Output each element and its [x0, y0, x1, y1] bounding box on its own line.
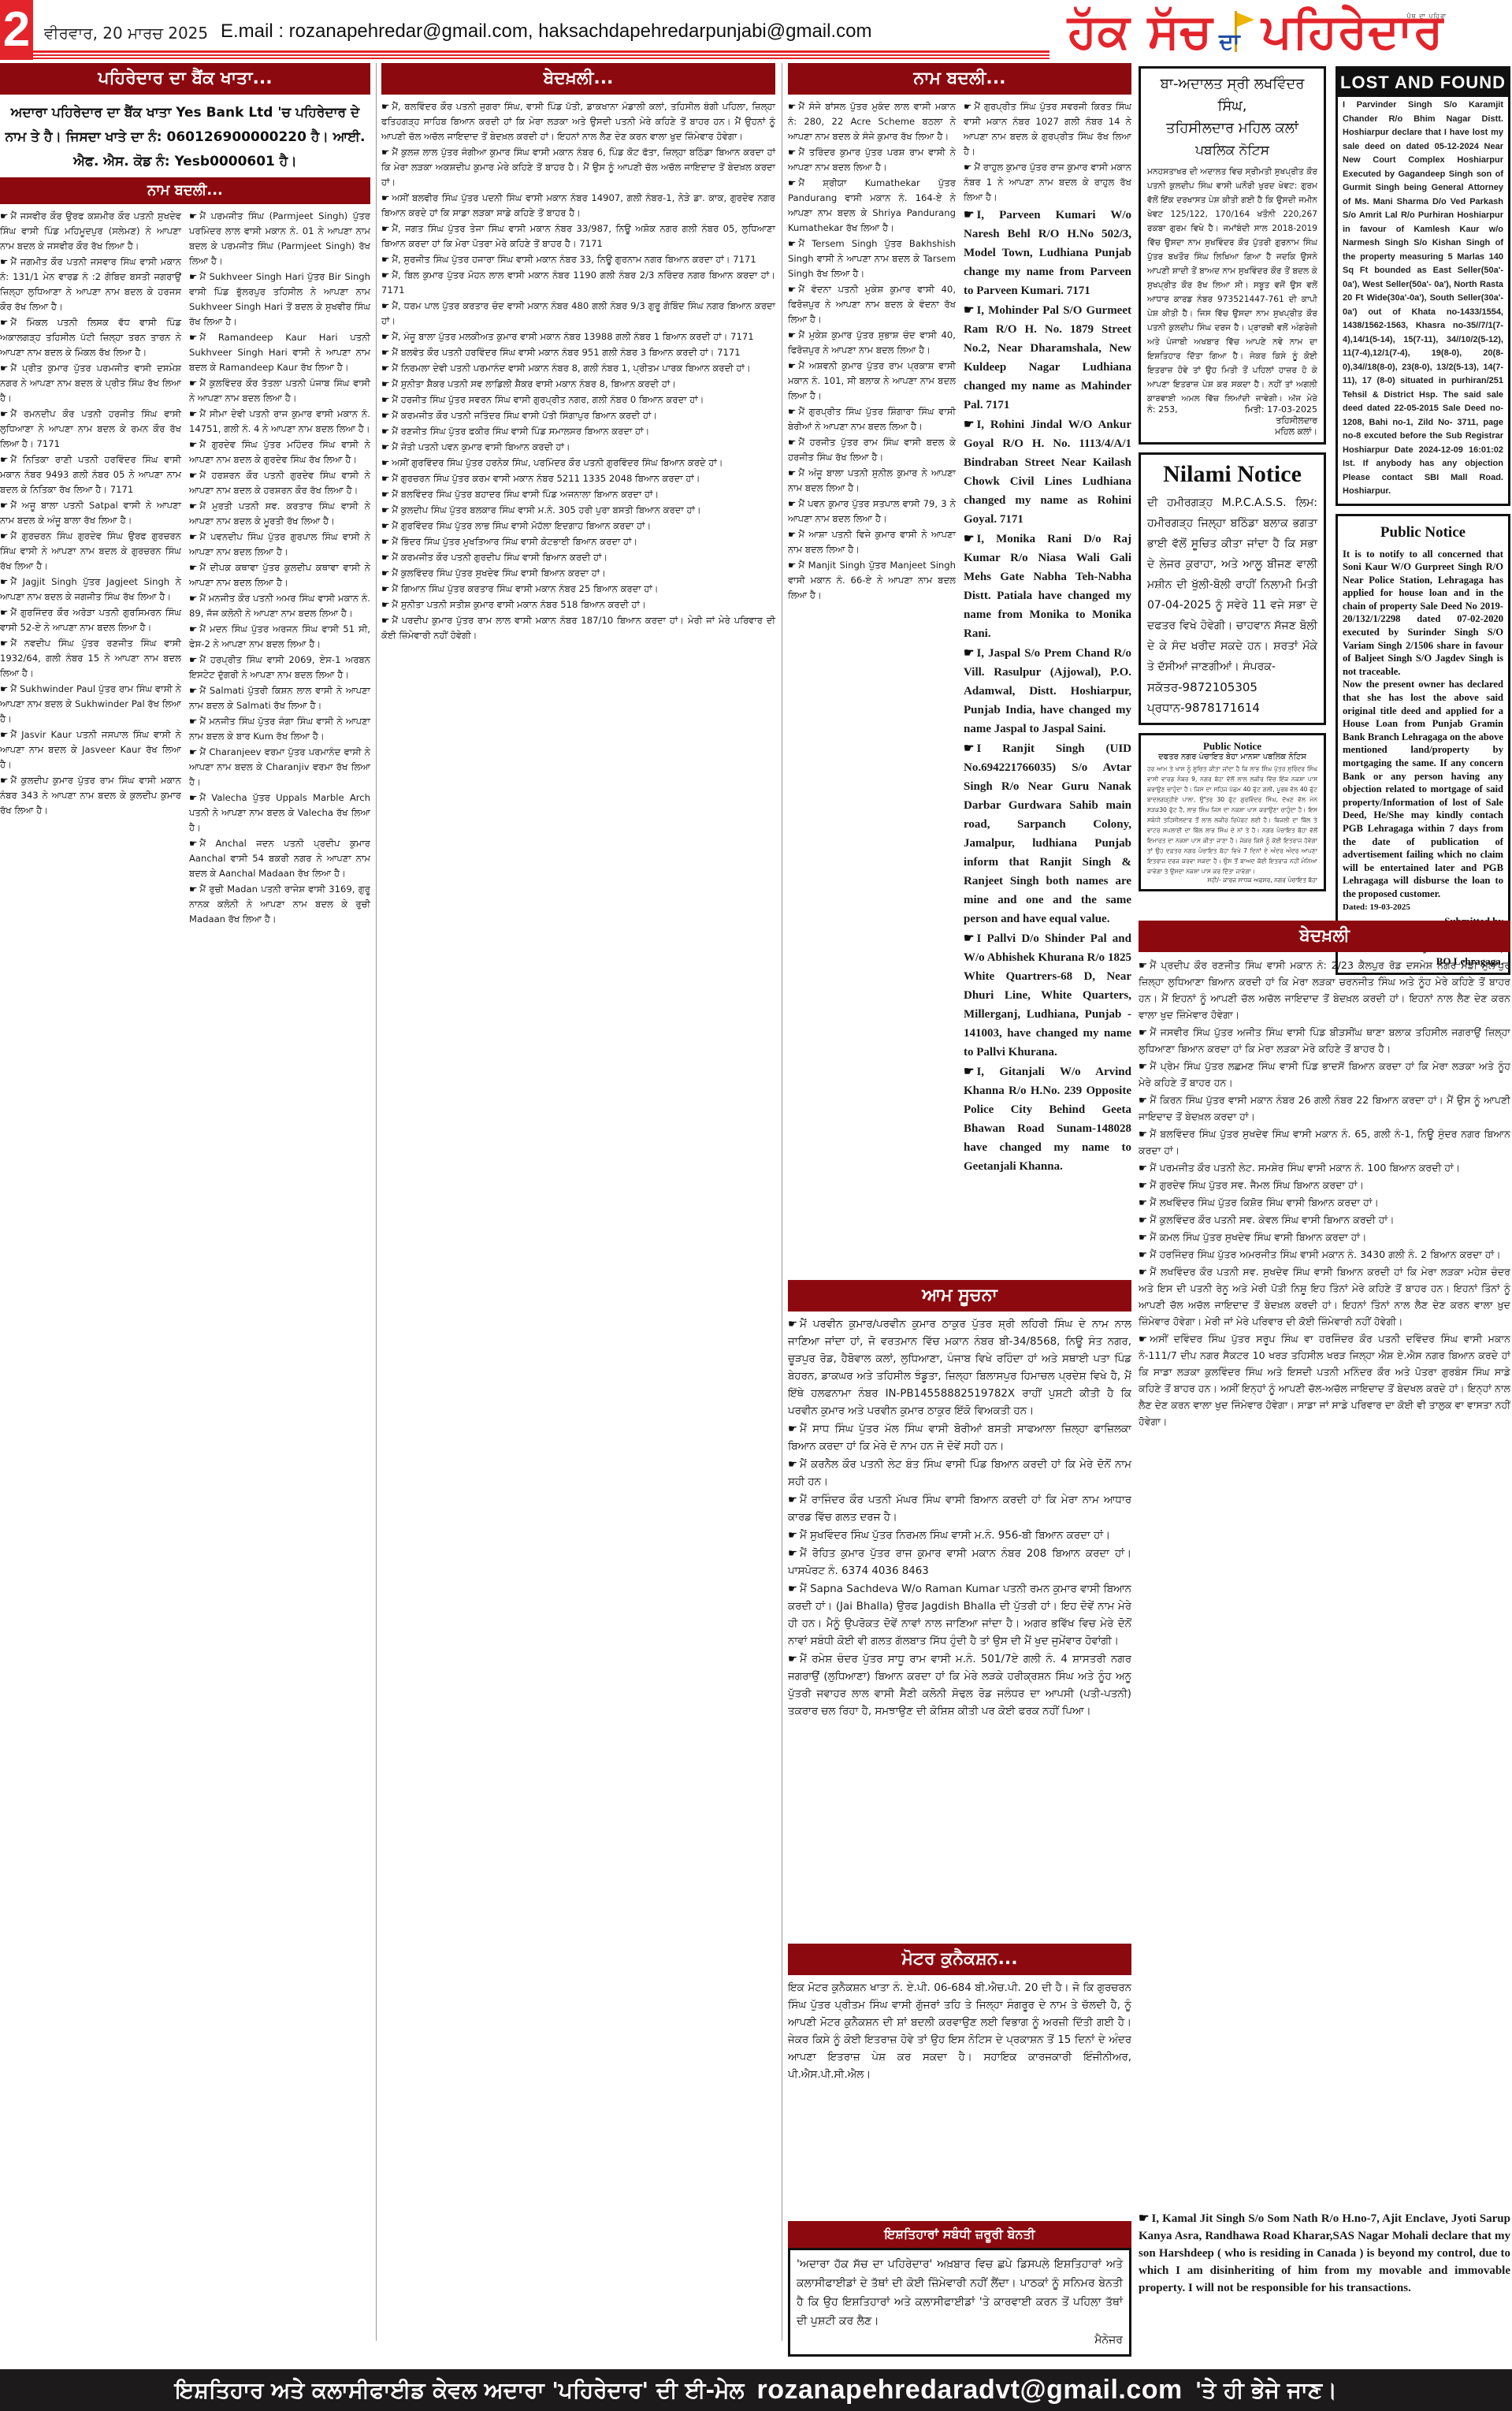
- name-change-list-a: ☛ਮੈਂ ਜਸਵੀਰ ਕੌਰ ਉਰਫ ਕਸ਼ਮੀਰ ਕੌਰ ਪਤਨੀ ਸੁਖਦੇ…: [0, 209, 181, 928]
- pointing-hand-icon: ☛: [381, 300, 389, 311]
- name-change-mid-list-a: ☛ਮੈਂ ਸੰਜੇ ਬਾਂਸਲ ਪੁੱਤਰ ਮੁਕੰਦ ਲਾਲ ਵਾਸੀ ਮਕਾ…: [788, 99, 956, 1274]
- pointing-hand-icon: ☛: [381, 441, 389, 452]
- pointing-hand-icon: ☛: [189, 685, 197, 696]
- pointing-hand-icon: ☛: [788, 1530, 797, 1542]
- list-item: ☛ਮੈਂ ਰਾਹੁਲ ਕੁਮਾਰ ਪੁੱਤਰ ਰਾਜ ਕੁਮਾਰ ਵਾਸੀ ਮਕ…: [964, 160, 1131, 205]
- list-item: ☛ਮੈਂ ਲਖਵਿੰਦਰ ਕੌਰ ਪਤਨੀ ਸਵ. ਸੁਖਦੇਵ ਸਿੰਘ ਵਾ…: [1139, 1263, 1510, 1330]
- pointing-hand-icon: ☛: [381, 394, 389, 405]
- disclaimer-signature: ਮੈਨੇਜਰ: [797, 2331, 1123, 2350]
- pointing-hand-icon: ☛: [964, 533, 974, 545]
- pointing-hand-icon: ☛: [381, 378, 389, 389]
- list-item: ☛ਮੈਂ ਗੁਰਪ੍ਰੀਤ ਸਿੰਘ ਪੁੱਤਰ ਸਵਰਜੀ ਕਿਰਤ ਸਿੰਘ…: [964, 99, 1131, 159]
- footer-text-after: 'ਤੇ ਹੀ ਭੇਜੇ ਜਾਣ।: [1195, 2377, 1337, 2404]
- list-item: ☛ਮੈਂ ਕੁਲਦੀਪ ਸਿੰਘ ਪੁੱਤਰ ਬਲਕਾਰ ਸਿੰਘ ਵਾਸੀ ਮ…: [381, 503, 775, 518]
- pointing-hand-icon: ☛: [1139, 1128, 1147, 1140]
- court-title-1: ਬਾ-ਅਦਾਲਤ ਸ੍ਰੀ ਲਖਵਿੰਦਰ ਸਿੰਘ,: [1147, 73, 1317, 117]
- nilami-body: ਦੀ ਹਮੀਰਗੜ੍ਹ M.P.C.A.S.S. ਲਿਮ: ਹਮੀਰਗੜ੍ਹ ਜ…: [1147, 493, 1317, 677]
- pointing-hand-icon: ☛: [381, 101, 389, 112]
- pointing-hand-icon: ☛: [788, 1548, 797, 1560]
- pointing-hand-icon: ☛: [189, 271, 197, 282]
- list-item: ☛ਮੈਂ ਪਰਮਜੀਤ ਸਿੰਘ (Parmjeet Singh) ਪੁੱਤਰ …: [189, 209, 370, 269]
- motor-connection-heading: ਮੋਟਰ ਕੁਨੈਕਸ਼ਨ...: [788, 1944, 1131, 1975]
- pointing-hand-icon: ☛: [0, 210, 8, 221]
- pointing-hand-icon: ☛: [381, 536, 389, 547]
- pointing-hand-icon: ☛: [381, 520, 389, 531]
- pointing-hand-icon: ☛: [0, 256, 8, 267]
- list-item: ☛ਮੈਂ ਹਰਜੀਤ ਸਿੰਘ ਪੁੱਤਰ ਸਵਰਨ ਸਿੰਘ ਵਾਸੀ ਗੁਰ…: [381, 393, 775, 407]
- list-item: ☛I, Gitanjali W/o Arvind Khanna R/o H.No…: [964, 1062, 1131, 1176]
- list-item: ☛ਮੈਂ ਗਿਆਨ ਸਿੰਘ ਪੁੱਤਰ ਕਰਤਾਰ ਸਿੰਘ ਵਾਸੀ ਮਕਾ…: [381, 582, 775, 597]
- bank-account-text: ਅਦਾਰਾ ਪਹਿਰੇਦਾਰ ਦਾ ਬੈਂਕ ਖਾਤਾ Yes Bank Ltd…: [0, 99, 370, 177]
- list-item: ☛ਅਸੀਂ ਗੁਰਵਿੰਦਰ ਸਿੰਘ ਪੁੱਤਰ ਹਰਨੇਕ ਸਿੰਘ, ਪਰ…: [381, 456, 775, 471]
- name-change-english-list: ☛I, Parveen Kumari W/o Naresh Behl R/O H…: [964, 206, 1131, 1176]
- pointing-hand-icon: ☛: [788, 406, 796, 417]
- list-item: ☛ਮੈਂ ਗੁਰਚਰਨ ਸਿੰਘ ਪੁੱਤਰ ਕਰਮ ਵਾਸੀ ਮਕਾਨ ਨੰਬ…: [381, 471, 775, 486]
- newspaper-logo: ਹੱਕ ਸੱਚ ਦਾ ਪਹਿਰੇਦਾਰ ਪੰਥ ਦਾ ਪਹਿਰਾ: [1068, 3, 1443, 60]
- public-notice-punjabi-box: Public Notice ਦਫਤਰ ਨਗਰ ਪੰਚਾਇਤ ਬੋਹਾ ਮਾਨਸਾ…: [1139, 733, 1326, 891]
- pointing-hand-icon: ☛: [964, 742, 974, 755]
- general-notice-list: ☛ਮੈਂ ਪਰਵੀਨ ਕੁਮਾਰ/ਪਰਵੀਨ ਕੁਮਾਰ ਠਾਕੁਰ ਪੁੱਤਰ…: [788, 1316, 1131, 1939]
- public-notice-english-title: Public Notice: [1343, 524, 1503, 541]
- list-item: ☛ਮੈਂ, ਧਰਮ ਪਾਲ ਪੁੱਤਰ ਕਰਤਾਰ ਚੰਦ ਵਾਸੀ ਮਕਾਨ …: [381, 299, 775, 329]
- pointing-hand-icon: ☛: [381, 473, 389, 484]
- pointing-hand-icon: ☛: [189, 654, 197, 665]
- pointing-hand-icon: ☛: [0, 408, 8, 419]
- public-notice-punjabi-title: Public Notice: [1147, 740, 1317, 753]
- list-item: ☛ਮੈਂ Salmati ਪੁੱਤਰੀ ਕਿਸ਼ਨ ਲਾਲ ਵਾਸੀ ਨੇ ਆਪ…: [189, 683, 370, 713]
- list-item: ☛ਮੈਂ ਤਰਿੰਦਰ ਕੁਮਾਰ ਪੁੱਤਰ ਪਰਸ਼ ਰਾਮ ਵਾਸੀ ਨੇ…: [788, 145, 956, 175]
- masthead-rule-lines: [33, 50, 1049, 60]
- pointing-hand-icon: ☛: [381, 552, 389, 563]
- pointing-hand-icon: ☛: [189, 210, 197, 221]
- pointing-hand-icon: ☛: [189, 332, 197, 343]
- column-notices: ਬਾ-ਅਦਾਲਤ ਸ੍ਰੀ ਲਖਵਿੰਦਰ ਸਿੰਘ, ਤਹਿਸੀਲਦਾਰ ਮਹ…: [1139, 66, 1326, 891]
- pointing-hand-icon: ☛: [189, 378, 197, 389]
- lost-and-found-box: LOST AND FOUND I Parvinder Singh S/o Kar…: [1336, 66, 1510, 506]
- list-item: ☛ਮੈਂ ਪ੍ਰੀਤ ਕੁਮਾਰ ਪੁੱਤਰ ਪਰਮਜੀਤ ਵਾਸੀ ਦਸਮੇਸ…: [0, 361, 181, 406]
- pointing-hand-icon: ☛: [964, 419, 974, 431]
- pointing-hand-icon: ☛: [0, 775, 8, 786]
- list-item: ☛ਮੈਂ ਪਰਮਜੀਤ ਕੌਰ ਪਤਨੀ ਲੇਟ. ਸਮਸ਼ੇਰ ਸਿੰਘ ਵਾ…: [1139, 1159, 1510, 1176]
- list-item: ☛I, Rohini Jindal W/O Ankur Goyal R/O H.…: [964, 415, 1131, 529]
- list-item: ☛ਮੈਂ ਜਸਵੀਰ ਕੌਰ ਉਰਫ ਕਸ਼ਮੀਰ ਕੌਰ ਪਤਨੀ ਸੁਖਦੇ…: [0, 209, 181, 254]
- list-item: ☛ਮੈਂ ਬਲਵੰਤ ਕੌਰ ਪਤਨੀ ਹਰਵਿੰਦਰ ਸਿੰਘ ਵਾਸੀ ਮਕ…: [381, 345, 775, 360]
- list-item: ☛ਮੈਂ ਗੁਰਵਿੰਦਰ ਸਿੰਘ ਪੁੱਤਰ ਲਾਭ ਸਿੰਘ ਵਾਸੀ ਮ…: [381, 519, 775, 534]
- list-item: ☛ਮੈਂ ਗੁਰਦੇਵ ਸਿੰਘ ਪੁੱਤਰ ਸਵ. ਜੈਮਲ ਸਿੰਘ ਬਿਆ…: [1139, 1177, 1510, 1193]
- list-item: ☛ਮੈਂ ਮੁਰਤੀ ਪਤਨੀ ਸਵ. ਕਰਤਾਰ ਸਿੰਘ ਵਾਸੀ ਨੇ ਆ…: [189, 499, 370, 529]
- list-item: ☛ਮੈਂ ਮਿੰਕਲ ਪਤਨੀ ਲਿਸਕ ਵੱਧ ਵਾਸੀ ਪਿੰਡ ਅਕਾਲਗ…: [0, 315, 181, 360]
- pointing-hand-icon: ☛: [189, 500, 197, 512]
- list-item: ☛ਮੈਂ ਸੰਜੇ ਬਾਂਸਲ ਪੁੱਤਰ ਮੁਕੰਦ ਲਾਲ ਵਾਸੀ ਮਕਾ…: [788, 99, 956, 144]
- pointing-hand-icon: ☛: [1139, 1179, 1147, 1191]
- eviction-right-list: ☛ਮੈਂ ਪ੍ਰਦੀਪ ਕੌਰ ਰਣਜੀਤ ਸਿੰਘ ਵਾਸੀ ਮਕਾਨ ਨੰ:…: [1139, 957, 1510, 2210]
- list-item: ☛ਮੈਂ ਹਰਜੀਤ ਪੁੱਤਰ ਰਾਮ ਸਿੰਘ ਵਾਸੀ ਬਦਲ ਕੇ ਹਰ…: [788, 435, 956, 465]
- list-item: ☛ਮੈਂ ਬਲਵਿੰਦਰ ਸਿੰਘ ਪੁੱਤਰ ਸੁਖਦੇਵ ਸਿੰਘ ਵਾਸੀ…: [1139, 1126, 1510, 1159]
- list-item: ☛ਮੈਂ ਜੋਤੀ ਪਤਨੀ ਪਵਨ ਕੁਮਾਰ ਵਾਸੀ ਬਿਆਨ ਕਰਦੀ …: [381, 440, 775, 455]
- pointing-hand-icon: ☛: [189, 531, 197, 542]
- pointing-hand-icon: ☛: [189, 408, 197, 419]
- list-item: ☛ਮੈਂ ਪ੍ਰੇਮ ਸਿੰਘ ਪੁੱਤਰ ਲਛਮਣ ਸਿੰਘ ਵਾਸੀ ਪਿੰ…: [1139, 1058, 1510, 1091]
- list-item: ☛ਮੈਂ ਦੀਪਕ ਕਥਾਵਾ ਪੁੱਤਰ ਕੁਲਦੀਪ ਕਥਾਵਾ ਵਾਸੀ …: [189, 560, 370, 590]
- pointing-hand-icon: ☛: [189, 746, 197, 757]
- pointing-hand-icon: ☛: [0, 454, 8, 465]
- list-item: ☛ਮੈਂ ਅਸ਼ਵਨੀ ਕੁਮਾਰ ਪੁੱਤਰ ਰਾਮ ਪ੍ਰਕਾਸ਼ ਵਾਸੀ…: [788, 359, 956, 404]
- list-item: ☛ਮੈਂ, ਸੁਰਜੀਤ ਸਿੰਘ ਪੁੱਤਰ ਹਜਾਰਾ ਸਿੰਘ ਵਾਸੀ …: [381, 252, 775, 267]
- pointing-hand-icon: ☛: [189, 593, 197, 604]
- disclaimer-text: 'ਅਦਾਰਾ ਹੱਕ ਸੱਚ ਦਾ ਪਹਿਰੇਦਾਰ' ਅਖ਼ਬਾਰ ਵਿਚ ਛ…: [797, 2255, 1123, 2331]
- pointing-hand-icon: ☛: [788, 560, 796, 571]
- list-item: ☛ਮੈਂ Valecha ਪੁੱਤਰ Uppals Marble Arch ਪਤ…: [189, 791, 370, 835]
- list-item: ☛ਮੈਂ, ਬਲਵਿੰਦਰ ਕੌਰ ਪਤਨੀ ਜੁਗਰਾ ਸਿੰਘ, ਵਾਸੀ …: [381, 99, 775, 144]
- list-item: ☛ਮੈਂ ਰਮੇਸ਼ ਚੰਦਰ ਪੁੱਤਰ ਸਾਧੂ ਰਾਮ ਵਾਸੀ ਮ.ਨੰ…: [788, 1651, 1131, 1721]
- list-item: ☛I, Jaspal S/o Prem Chand R/o Vill. Rasu…: [964, 644, 1131, 739]
- court-date: ਮਿਤੀ: 17-03-2025: [1245, 404, 1317, 415]
- pointing-hand-icon: ☛: [381, 457, 389, 468]
- pointing-hand-icon: ☛: [788, 329, 796, 340]
- pointing-hand-icon: ☛: [381, 254, 389, 265]
- pointing-hand-icon: ☛: [381, 615, 389, 626]
- list-item: ☛ਮੈਂ ਵੰਦਨਾ ਪਤਨੀ ਮੁਕੇਸ਼ ਕੁਮਾਰ ਵਾਸੀ 40, ਫਿ…: [788, 282, 956, 327]
- list-item: ☛ਮੈਂ ਰੁਚੀ Madan ਪਤਨੀ ਰਾਜੇਸ਼ ਵਾਸੀ 3169, ਗ…: [189, 882, 370, 927]
- list-item: ☛ਮੈਂ ਹਰਜਿੰਦਰ ਸਿੰਘ ਪੁੱਤਰ ਅਮਰਜੀਤ ਸਿੰਘ ਵਾਸੀ…: [1139, 1246, 1510, 1263]
- pointing-hand-icon: ☛: [788, 101, 796, 112]
- court-title-2: ਤਹਿਸੀਲਦਾਰ ਮਹਿਲ ਕਲਾਂ: [1147, 117, 1317, 140]
- list-item: ☛ਮੈਂ ਅੰਜੂ ਬਾਲਾ ਪਤਨੀ ਸੁਨੀਲ ਕੁਮਾਰ ਨੇ ਆਪਣਾ …: [788, 466, 956, 496]
- pointing-hand-icon: ☛: [0, 729, 8, 740]
- page-number: 2: [0, 0, 33, 60]
- list-item: ☛ਮੈਂ ਨਿਤਿਕਾ ਰਾਣੀ ਪਤਨੀ ਹਰਵਿੰਦਰ ਸਿੰਘ ਵਾਸੀ …: [0, 452, 181, 497]
- pointing-hand-icon: ☛: [1139, 1231, 1147, 1243]
- pointing-hand-icon: ☛: [964, 1066, 974, 1078]
- list-item: ☛ਮੈਂ ਗੁਰਜਿੰਦਰ ਕੌਰ ਅਰੋੜਾ ਪਤਨੀ ਗੁਰਸਿਮਰਨ ਸਿ…: [0, 605, 181, 635]
- list-item: ☛I, Mohinder Pal S/O Gurmeet Ram R/O H. …: [964, 301, 1131, 415]
- public-notice-english-box: Public Notice It is to notify to all con…: [1336, 514, 1510, 976]
- list-item: ☛I, Monika Rani D/o Raj Kumar R/o Niasa …: [964, 530, 1131, 643]
- pointing-hand-icon: ☛: [788, 1583, 797, 1595]
- public-notice-punjabi-signature: ਸਹੀ/- ਕਾਰਜ ਸਾਧਕ ਅਫਸਰ, ਨਗਰ ਪੰਚਾਇਤ ਬੋਹਾ: [1147, 876, 1317, 884]
- logo-text-da: ਦਾ: [1219, 28, 1241, 55]
- pointing-hand-icon: ☛: [964, 101, 971, 112]
- name-change-heading-left: ਨਾਮ ਬਦਲੀ...: [0, 177, 370, 204]
- list-item: ☛ਮੈਂ ਸੁਨੀਤਾ ਪਤਨੀ ਸਤੀਸ਼ ਕੁਮਾਰ ਵਾਸੀ ਮਕਾਨ ਨ…: [381, 597, 775, 612]
- pointing-hand-icon: ☛: [381, 331, 389, 342]
- pointing-hand-icon: ☛: [964, 209, 974, 221]
- list-item: ☛ਮੈਂ ਭਿੰਦਰ ਸਿੰਘ ਪੁੱਤਰ ਮੁਖਤਿਆਰ ਸਿੰਘ ਵਾਸੀ …: [381, 534, 775, 549]
- list-item: ☛ਮੈਂ ਮਦਨ ਸਿੰਘ ਪੁੱਤਰ ਅਰਜਨ ਸਿੰਘ ਵਾਸੀ 51 ਸੀ…: [189, 622, 370, 652]
- pointing-hand-icon: ☛: [189, 439, 197, 450]
- list-item: ☛ਮੈਂ ਕੁਲਵਿੰਦਰ ਕੌਰ ਪਤਨੀ ਸਵ. ਕੇਵਲ ਸਿੰਘ ਵਾਸ…: [1139, 1211, 1510, 1228]
- pointing-hand-icon: ☛: [0, 530, 8, 541]
- list-item: ☛ਮੈਂ ਕਮਲ ਸਿੰਘ ਪੁੱਤਰ ਸੁਖਦੇਵ ਸਿੰਘ ਵਾਸੀ ਬਿਆ…: [1139, 1229, 1510, 1245]
- list-item: ☛ਮੈਂ ਰਣਜੀਤ ਸਿੰਘ ਪੁੱਤਰ ਫਕੀਰ ਸਿੰਘ ਵਾਸੀ ਪਿੰ…: [381, 424, 775, 439]
- column-right-bottom: ਬੇਦਖ਼ਲੀ ☛ਮੈਂ ਪ੍ਰਦੀਪ ਕੌਰ ਰਣਜੀਤ ਸਿੰਘ ਵਾਸੀ …: [1139, 921, 1510, 2297]
- motor-connection-text: ਇਕ ਮੋਟਰ ਕੁਨੈਕਸ਼ਨ ਖਾਤਾ ਨੰ. ਏ.ਪੀ. 06-684 ਬ…: [788, 1980, 1131, 2216]
- column-eviction: ਬੇਦਖ਼ਲੀ... ☛ਮੈਂ, ਬਲਵਿੰਦਰ ਕੌਰ ਪਤਨੀ ਜੁਗਰਾ …: [381, 63, 775, 644]
- list-item: ☛ਮੈਂ ਕਰਮਜੀਤ ਕੌਰ ਪਤਨੀ ਜਤਿੰਦਰ ਸਿੰਘ ਵਾਸੀ ਪੱ…: [381, 408, 775, 423]
- pointing-hand-icon: ☛: [1139, 1162, 1147, 1174]
- list-item: ☛ਮੈਂ ਹਰਪ੍ਰੀਤ ਸਿੰਘ ਵਾਸੀ 2069, ਏਸ-1 ਅਰਬਨ ਇ…: [189, 653, 370, 683]
- logo-text-left: ਹੱਕ ਸੱਚ: [1068, 4, 1213, 59]
- general-notice-heading: ਆਮ ਸੂਚਨਾ: [788, 1280, 1131, 1312]
- pointing-hand-icon: ☛: [788, 498, 796, 509]
- list-item: ☛ਮੈਂ ਮੁਕੇਸ਼ ਕੁਮਾਰ ਪੁੱਤਰ ਸੁਭਾਸ਼ ਚੰਦ ਵਾਸੀ …: [788, 328, 956, 358]
- pointing-hand-icon: ☛: [788, 147, 796, 158]
- column-divider: [782, 63, 782, 2341]
- list-item: ☛ਮੈਂ ਕਰਮਜੀਤ ਕੌਰ ਪਤਨੀ ਗੁਰਦੀਪ ਸਿੰਘ ਵਾਸੀ ਬਿ…: [381, 550, 775, 565]
- pointing-hand-icon: ☛: [1139, 1026, 1147, 1038]
- pointing-hand-icon: ☛: [1139, 1060, 1147, 1072]
- list-item: ☛ਮੈਂ Sapna Sachdeva W/o Raman Kumar ਪਤਨੀ…: [788, 1581, 1131, 1650]
- footer-text-before: ਇਸ਼ਤਿਹਾਰ ਅਤੇ ਕਲਾਸੀਫਾਈਡ ਕੇਵਲ ਅਦਾਰਾ 'ਪਹਿਰੇ…: [175, 2377, 744, 2404]
- pointing-hand-icon: ☛: [189, 470, 197, 481]
- logo-tagline: ਪੰਥ ਦਾ ਪਹਿਰਾ: [1406, 13, 1447, 20]
- name-change-list-b: ☛ਮੈਂ ਪਰਮਜੀਤ ਸਿੰਘ (Parmjeet Singh) ਪੁੱਤਰ …: [189, 209, 370, 928]
- pointing-hand-icon: ☛: [1139, 1196, 1147, 1208]
- pointing-hand-icon: ☛: [788, 238, 796, 249]
- pointing-hand-icon: ☛: [1139, 1214, 1147, 1226]
- nilami-notice-box: Nilami Notice ਦੀ ਹਮੀਰਗੜ੍ਹ M.P.C.A.S.S. ਲ…: [1139, 452, 1326, 725]
- list-item: ☛ਮੈਂ ਪ੍ਰਦੀਪ ਕੌਰ ਰਣਜੀਤ ਸਿੰਘ ਵਾਸੀ ਮਕਾਨ ਨੰ:…: [1139, 957, 1510, 1023]
- pointing-hand-icon: ☛: [381, 583, 389, 594]
- pointing-hand-icon: ☛: [0, 638, 8, 649]
- pointing-hand-icon: ☛: [1139, 959, 1147, 971]
- pointing-hand-icon: ☛: [189, 716, 197, 727]
- list-item: ☛ਮੈਂ, ਬਿਲ ਕੁਮਾਰ ਪੁੱਤਰ ਮੋਹਨ ਲਾਲ ਵਾਸੀ ਮਕਾਨ…: [381, 268, 775, 298]
- pointing-hand-icon: ☛: [381, 410, 389, 421]
- pointing-hand-icon: ☛: [381, 489, 389, 500]
- list-item: ☛ਮੈਂ Jasvir Kaur ਪਤਨੀ ਜਸਪਾਲ ਸਿੰਘ ਵਾਸੀ ਨੇ…: [0, 727, 181, 772]
- pointing-hand-icon: ☛: [964, 304, 974, 317]
- list-item: ☛ਮੈਂ ਰਮਨਦੀਪ ਕੌਰ ਪਤਨੀ ਹਰਜੀਤ ਸਿੰਘ ਵਾਸੀ ਲੁਧ…: [0, 407, 181, 452]
- public-notice-english-body-1: It is to notify to all concerned that So…: [1343, 548, 1503, 679]
- list-item: ☛ਮੈਂ Sukhveer Singh Hari ਪੁੱਤਰ Bir Singh…: [189, 270, 370, 329]
- list-item: ☛ਮੈਂ Sukhwinder Paul ਪੁੱਤਰ ਰਾਮ ਸਿੰਘ ਵਾਸੀ…: [0, 682, 181, 727]
- disclaimer-box: 'ਅਦਾਰਾ ਹੱਕ ਸੱਚ ਦਾ ਪਹਿਰੇਦਾਰ' ਅਖ਼ਬਾਰ ਵਿਚ ਛ…: [788, 2248, 1131, 2357]
- list-item: ☛ਮੈਂ ਸਾਧ ਸਿੰਘ ਪੁੱਤਰ ਮੱਲ ਸਿੰਘ ਵਾਸੀ ਬੋਰੀਆਂ…: [788, 1421, 1131, 1456]
- list-item: ☛ਮੈਂ ਕੁਲਵਿੰਦਰ ਕੌਰ ਤੱਤਲਾ ਪਤਨੀ ਪੰਜਾਬ ਸਿੰਘ …: [189, 376, 370, 406]
- public-notice-punjabi-subtitle: ਦਫਤਰ ਨਗਰ ਪੰਚਾਇਤ ਬੋਹਾ ਮਾਨਸਾ ਪਬਲਿਕ ਨੋਟਿਸ: [1147, 753, 1317, 761]
- eviction-list: ☛ਮੈਂ, ਬਲਵਿੰਦਰ ਕੌਰ ਪਤਨੀ ਜੁਗਰਾ ਸਿੰਘ, ਵਾਸੀ …: [381, 99, 775, 643]
- pointing-hand-icon: ☛: [788, 1319, 797, 1330]
- list-item: ☛ਮੈਂ ਕੁਲਜ਼ ਲਾਲ ਪੁੱਤਰ ਜੰਗੀਆ ਕੁਮਾਰ ਸਿੰਘ ਵਾ…: [381, 145, 775, 190]
- pointing-hand-icon: ☛: [964, 932, 974, 945]
- pointing-hand-icon: ☛: [381, 223, 389, 234]
- name-change-mid-list-b: ☛ਮੈਂ ਗੁਰਪ੍ਰੀਤ ਸਿੰਘ ਪੁੱਤਰ ਸਵਰਜੀ ਕਿਰਤ ਸਿੰਘ…: [964, 99, 1131, 205]
- court-signatory-1: ਤਹਿਸੀਲਦਾਰ: [1147, 415, 1317, 426]
- pointing-hand-icon: ☛: [788, 437, 796, 448]
- eviction-right-heading: ਬੇਦਖ਼ਲੀ: [1139, 921, 1510, 952]
- pointing-hand-icon: ☛: [964, 647, 974, 660]
- pointing-hand-icon: ☛: [0, 576, 8, 587]
- list-item: ☛ਮੈਂ ਗੁਰਪ੍ਰੀਤ ਸਿੰਘ ਪੁੱਤਰ ਸ਼ਿੰਗਾਰਾ ਸਿੰਘ ਵ…: [788, 404, 956, 434]
- list-item: ☛ਅਸੀਂ ਦਵਿੰਦਰ ਸਿੰਘ ਪੁੱਤਰ ਸਰੂਪ ਸਿੰਘ ਵਾ ਹਰਜ…: [1139, 1330, 1510, 1430]
- list-item: ☛ਮੈਂ ਪਵਨ ਕੁਮਾਰ ਪੁੱਤਰ ਸਤਪਾਲ ਵਾਸੀ 79, 3 ਨੇ…: [788, 497, 956, 526]
- pointing-hand-icon: ☛: [381, 504, 389, 515]
- list-item: ☛ਮੈਂ ਰਾਜਿੰਦਰ ਕੌਰ ਪਤਨੀ ਮੱਘਰ ਸਿੰਘ ਵਾਸੀ ਬਿਆ…: [788, 1492, 1131, 1527]
- column-left: ਪਹਿਰੇਦਾਰ ਦਾ ਬੈਂਕ ਖਾਤਾ... ਅਦਾਰਾ ਪਹਿਰੇਦਾਰ …: [0, 63, 370, 928]
- list-item: ☛ਮੈਂ ਸ਼੍ਰੀਯਾ Kumathekar ਪੁੱਤਰ Pandurang …: [788, 176, 956, 236]
- pointing-hand-icon: ☛: [381, 347, 389, 358]
- pointing-hand-icon: ☛: [189, 562, 197, 573]
- column-divider: [376, 63, 377, 2341]
- pointing-hand-icon: ☛: [381, 270, 389, 281]
- pointing-hand-icon: ☛: [0, 363, 8, 374]
- pointing-hand-icon: ☛: [0, 500, 8, 511]
- pointing-hand-icon: ☛: [1139, 2212, 1149, 2225]
- list-item: ☛I Pallvi D/o Shinder Pal and W/o Abhish…: [964, 929, 1131, 1062]
- list-item: ☛ਮੈਂ ਪਰਵੀਨ ਕੁਮਾਰ/ਪਰਵੀਨ ਕੁਮਾਰ ਠਾਕੁਰ ਪੁੱਤਰ…: [788, 1316, 1131, 1420]
- list-item: ☛ਮੈਂ ਰੋਹਿਤ ਕੁਮਾਰ ਪੁੱਤਰ ਰਾਜ ਕੁਮਾਰ ਵਾਸੀ ਮਕ…: [788, 1546, 1131, 1580]
- court-subtitle: ਪਬਲਿਕ ਨੋਟਿਸ: [1147, 140, 1317, 162]
- nishan-sahib-flag-icon: ਦਾ: [1219, 9, 1255, 54]
- lost-and-found-body: I Parvinder Singh S/o Karamjit Chander R…: [1338, 97, 1508, 504]
- lost-and-found-heading: LOST AND FOUND: [1338, 69, 1508, 97]
- list-item: ☛ਮੈਂ ਕੁਲਵਿੰਦਰ ਸਿੰਘ ਪੁੱਤਰ ਸੁਖਦੇਵ ਸਿੰਘ ਵਾਸ…: [381, 566, 775, 581]
- public-notice-english-dated: Dated: 19-03-2025: [1343, 901, 1503, 915]
- list-item: ☛ਮੈਂ ਬਲਵਿੰਦਰ ਸਿੰਘ ਪੁੱਤਰ ਬਹਾਦਰ ਸਿੰਘ ਵਾਸੀ …: [381, 487, 775, 502]
- list-item: ☛ਮੈਂ ਸੁਖਵਿੰਦਰ ਸਿੰਘ ਪੁੱਤਰ ਨਿਰਮਲ ਸਿੰਘ ਵਾਸੀ…: [788, 1527, 1131, 1545]
- list-item: ☛ਮੈਂ, ਜਗਤ ਸਿੰਘ ਪੁੱਤਰ ਤੇਜਾ ਸਿੰਘ ਵਾਸੀ ਮਕਾਨ…: [381, 221, 775, 251]
- contact-emails[interactable]: E.mail : rozanapehredar@gmail.com, haksa…: [221, 20, 871, 43]
- list-item: ☛ਮੈਂ ਗੁਰਚਰਨ ਸਿੰਘ ਗੁਰਦੇਵ ਸਿੰਘ ਉਰਫ ਗੁਰਚਰਨ …: [0, 529, 181, 574]
- list-item: ☛ਮੈਂ ਸੁਨੀਤਾ ਸ਼ੈਕਰ ਪਤਨੀ ਸਵ ਲਾਡਿਲੀ ਸ਼ੈਕਰ ਵ…: [381, 377, 775, 392]
- list-item: ☛ਮੈਂ ਨਿਰਮਲਾ ਦੇਵੀ ਪਤਨੀ ਪਰਮਾਨੰਦ ਵਾਸੀ ਮਕਾਨ …: [381, 361, 775, 376]
- list-item: ☛ਮੈਂ Jagjit Singh ਪੁੱਤਰ Jagjeet Singh ਨੇ…: [0, 575, 181, 605]
- list-item: ☛ਮੈਂ ਮਨਜੀਤ ਕੌਰ ਪਤਨੀ ਅਮਰ ਸਿੰਘ ਵਾਸੀ ਮਕਾਨ ਨ…: [189, 591, 370, 621]
- public-notice-english-body-2: Now the present owner has declared that …: [1343, 678, 1503, 900]
- pointing-hand-icon: ☛: [788, 1494, 797, 1506]
- masthead: 2 ਵੀਰਵਾਰ, 20 ਮਾਰਚ 2025 E.mail : rozanape…: [0, 0, 1512, 60]
- list-item: ☛ਮੈਂ Anchal ਜਦਨ ਪਤਨੀ ਪ੍ਰਦੀਪ ਕੁਮਾਰ Aancha…: [189, 836, 370, 881]
- list-item: ☛ਮੈਂ Ramandeep Kaur Hari ਪਤਨੀ Sukhveer S…: [189, 330, 370, 375]
- footer-advt-email[interactable]: rozanapehredaradvt@gmail.com: [756, 2375, 1182, 2405]
- pointing-hand-icon: ☛: [0, 317, 8, 328]
- list-item: ☛ਮੈਂ ਜਸਵੀਰ ਸਿੰਘ ਪੁੱਤਰ ਅਜੀਤ ਸਿੰਘ ਵਾਸੀ ਪਿੰ…: [1139, 1024, 1510, 1057]
- pointing-hand-icon: ☛: [381, 363, 389, 374]
- pointing-hand-icon: ☛: [1139, 1248, 1147, 1260]
- pointing-hand-icon: ☛: [189, 623, 197, 634]
- list-item: ☛I, Parveen Kumari W/o Naresh Behl R/O H…: [964, 206, 1131, 300]
- pointing-hand-icon: ☛: [381, 192, 389, 203]
- pointing-hand-icon: ☛: [788, 360, 796, 371]
- eviction-heading: ਬੇਦਖ਼ਲੀ...: [381, 63, 775, 95]
- pointing-hand-icon: ☛: [788, 467, 796, 478]
- list-item: ☛ਮੈਂ ਲਖਵਿੰਦਰ ਸਿੰਘ ਪੁੱਤਰ ਕਿਸ਼ੋਰ ਸਿੰਘ ਵਾਸੀ…: [1139, 1194, 1510, 1211]
- nilami-contact-secretary[interactable]: ਸਕੱਤਰ-9872105305: [1147, 677, 1317, 698]
- list-item: ☛ਮੈਂ, ਮੰਜੂ ਬਾਲਾ ਪੁੱਤਰ ਮਲਕੀਅਤ ਕੁਮਾਰ ਵਾਸੀ …: [381, 329, 775, 344]
- list-item: ☛ਮੈਂ ਕੁਲਦੀਪ ਕੁਮਾਰ ਪੁੱਤਰ ਰਾਮ ਸਿੰਘ ਵਾਸੀ ਮਕ…: [0, 773, 181, 818]
- list-item: ☛ਮੈਂ ਨਵਦੀਪ ਸਿੰਘ ਪੁੱਤਰ ਰਣਜੀਤ ਸਿੰਘ ਵਾਸੀ 19…: [0, 636, 181, 681]
- pointing-hand-icon: ☛: [788, 177, 796, 188]
- court-notice-body: ਮਨਹਸਤਾਖਰ ਦੀ ਅਦਾਲਤ ਵਿਚ ਸ੍ਰੀਮਤੀ ਸੁਖਪ੍ਰੀਤ ਕ…: [1147, 165, 1317, 401]
- list-item: ☛ਮੈਂ ਪਵਨਦੀਪ ਸਿੰਘ ਪੁੱਤਰ ਗੁਰਪਾਲ ਸਿੰਘ ਵਾਸੀ …: [189, 530, 370, 560]
- list-item: ☛ਮੈਂ ਆਸ਼ਾ ਪਤਨੀ ਵਿਜੇ ਕੁਮਾਰ ਵਾਸੀ ਨੇ ਆਪਣਾ ਨ…: [788, 527, 956, 557]
- list-item: ☛ਮੈਂ ਜਗਮੀਤ ਕੌਰ ਪਤਨੀ ਜਸਵਾਰ ਸਿੰਘ ਵਾਸੀ ਮਕਾਨ…: [0, 255, 181, 314]
- list-item: ☛ਮੈਂ ਹਰਸ਼ਰਨ ਕੌਰ ਪਤਨੀ ਗੁਰਦੇਵ ਸਿੰਘ ਵਾਸੀ ਨੇ…: [189, 468, 370, 498]
- pointing-hand-icon: ☛: [0, 607, 8, 618]
- court-notice-box: ਬਾ-ਅਦਾਲਤ ਸ੍ਰੀ ਲਖਵਿੰਦਰ ਸਿੰਘ, ਤਹਿਸੀਲਦਾਰ ਮਹ…: [1139, 66, 1326, 445]
- list-item: ☛ਮੈਂ ਅਜੂ ਬਾਲਾ ਪਤਨੀ Satpal ਵਾਸੀ ਨੇ ਆਪਣਾ ਨ…: [0, 498, 181, 528]
- eviction-right-english: ☛I, Kamal Jit Singh S/o Som Nath R/o H.n…: [1139, 2210, 1510, 2297]
- pointing-hand-icon: ☛: [788, 284, 796, 295]
- nilami-title: Nilami Notice: [1147, 461, 1317, 488]
- pointing-hand-icon: ☛: [964, 162, 971, 173]
- list-item: ☛I Ranjit Singh (UID No.694221766035) S/…: [964, 739, 1131, 928]
- pointing-hand-icon: ☛: [1139, 1094, 1147, 1106]
- issue-date: ਵੀਰਵਾਰ, 20 ਮਾਰਚ 2025: [44, 24, 208, 43]
- pointing-hand-icon: ☛: [189, 884, 197, 895]
- pointing-hand-icon: ☛: [788, 1423, 797, 1435]
- list-item: ☛ਮੈਂ ਸੀਮਾ ਦੇਵੀ ਪਤਨੀ ਰਾਜ ਕੁਮਾਰ ਵਾਸੀ ਮਕਾਨ …: [189, 407, 370, 437]
- pointing-hand-icon: ☛: [0, 683, 8, 694]
- name-change-heading-mid: ਨਾਮ ਬਦਲੀ...: [788, 63, 1131, 95]
- pointing-hand-icon: ☛: [1139, 1266, 1147, 1278]
- court-ref-no: ਨੰ: 253,: [1147, 404, 1178, 415]
- nilami-contact-president[interactable]: ਪ੍ਰਧਾਨ-9878171614: [1147, 698, 1317, 718]
- column-mid: ਨਾਮ ਬਦਲੀ... ☛ਮੈਂ ਸੰਜੇ ਬਾਂਸਲ ਪੁੱਤਰ ਮੁਕੰਦ …: [788, 63, 1131, 2357]
- pointing-hand-icon: ☛: [189, 838, 197, 849]
- pointing-hand-icon: ☛: [788, 1459, 797, 1471]
- list-item: ☛ਮੈਂ ਕਿਰਨ ਸਿੰਘ ਪੁੱਤਰ ਵਾਸੀ ਮਕਾਨ ਨੰਬਰ 26 ਗ…: [1139, 1092, 1510, 1125]
- list-item: ☛ਮੈਂ Manjit Singh ਪੁੱਤਰ Manjeet Singh ਵਾ…: [788, 558, 956, 603]
- pointing-hand-icon: ☛: [381, 599, 389, 610]
- list-item: ☛ਮੈਂ Charanjeev ਵਰਮਾ ਪੁੱਤਰ ਪਰਮਾਨੰਦ ਵਾਸੀ …: [189, 745, 370, 790]
- list-item: ☛ਅਸੀਂ ਬਲਵੀਰ ਸਿੰਘ ਪੁੱਤਰ ਪਦਨੀ ਸਿੰਘ ਵਾਸੀ ਮਕ…: [381, 191, 775, 221]
- list-item: ☛ਮੈਂ ਕਰਨੈਲ ਕੌਰ ਪਤਨੀ ਲੇਟ ਬੰਤ ਸਿੰਘ ਵਾਸੀ ਪਿ…: [788, 1457, 1131, 1491]
- disclaimer-heading: ਇਸ਼ਤਿਹਾਰਾਂ ਸਬੰਧੀ ਜ਼ਰੂਰੀ ਬੇਨਤੀ: [788, 2221, 1131, 2248]
- bank-account-heading: ਪਹਿਰੇਦਾਰ ਦਾ ਬੈਂਕ ਖਾਤਾ...: [0, 63, 370, 95]
- column-right-top: LOST AND FOUND I Parvinder Singh S/o Kar…: [1336, 66, 1510, 975]
- pointing-hand-icon: ☛: [189, 792, 197, 803]
- pointing-hand-icon: ☛: [1139, 1333, 1147, 1345]
- list-item: ☛ਮੈਂ ਮਨਜੀਤ ਸਿੰਘ ਪੁੱਤਰ ਜੰਗਾ ਸਿੰਘ ਵਾਸੀ ਨੇ …: [189, 714, 370, 744]
- list-item: ☛ਮੈਂ ਪਰਦੀਪ ਕੁਮਾਰ ਪੁੱਤਰ ਰਾਮ ਲਾਲ ਵਾਸੀ ਮਕਾਨ…: [381, 613, 775, 643]
- pointing-hand-icon: ☛: [381, 147, 389, 158]
- public-notice-punjabi-body: ਹਰ ਆਮ ਤੇ ਖਾਸ ਨੂੰ ਸੂਚਿਤ ਕੀਤਾ ਜਾਂਦਾ ਹੈ ਕਿ …: [1147, 764, 1317, 876]
- pointing-hand-icon: ☛: [788, 1654, 797, 1665]
- pointing-hand-icon: ☛: [381, 426, 389, 437]
- footer-banner: ਇਸ਼ਤਿਹਾਰ ਅਤੇ ਕਲਾਸੀਫਾਈਡ ਕੇਵਲ ਅਦਾਰਾ 'ਪਹਿਰੇ…: [0, 2369, 1512, 2411]
- list-item: ☛ਮੈਂ ਗੁਰਦੇਵ ਸਿੰਘ ਪੁੱਤਰ ਮਹਿੰਦਰ ਸਿੰਘ ਵਾਸੀ …: [189, 437, 370, 467]
- pointing-hand-icon: ☛: [381, 567, 389, 579]
- list-item: ☛ਮੈਂ Tersem Singh ਪੁੱਤਰ Bakhshish Singh …: [788, 236, 956, 281]
- pointing-hand-icon: ☛: [788, 529, 796, 540]
- court-signatory-2: ਮਹਿਲ ਕਲਾਂ।: [1147, 426, 1317, 437]
